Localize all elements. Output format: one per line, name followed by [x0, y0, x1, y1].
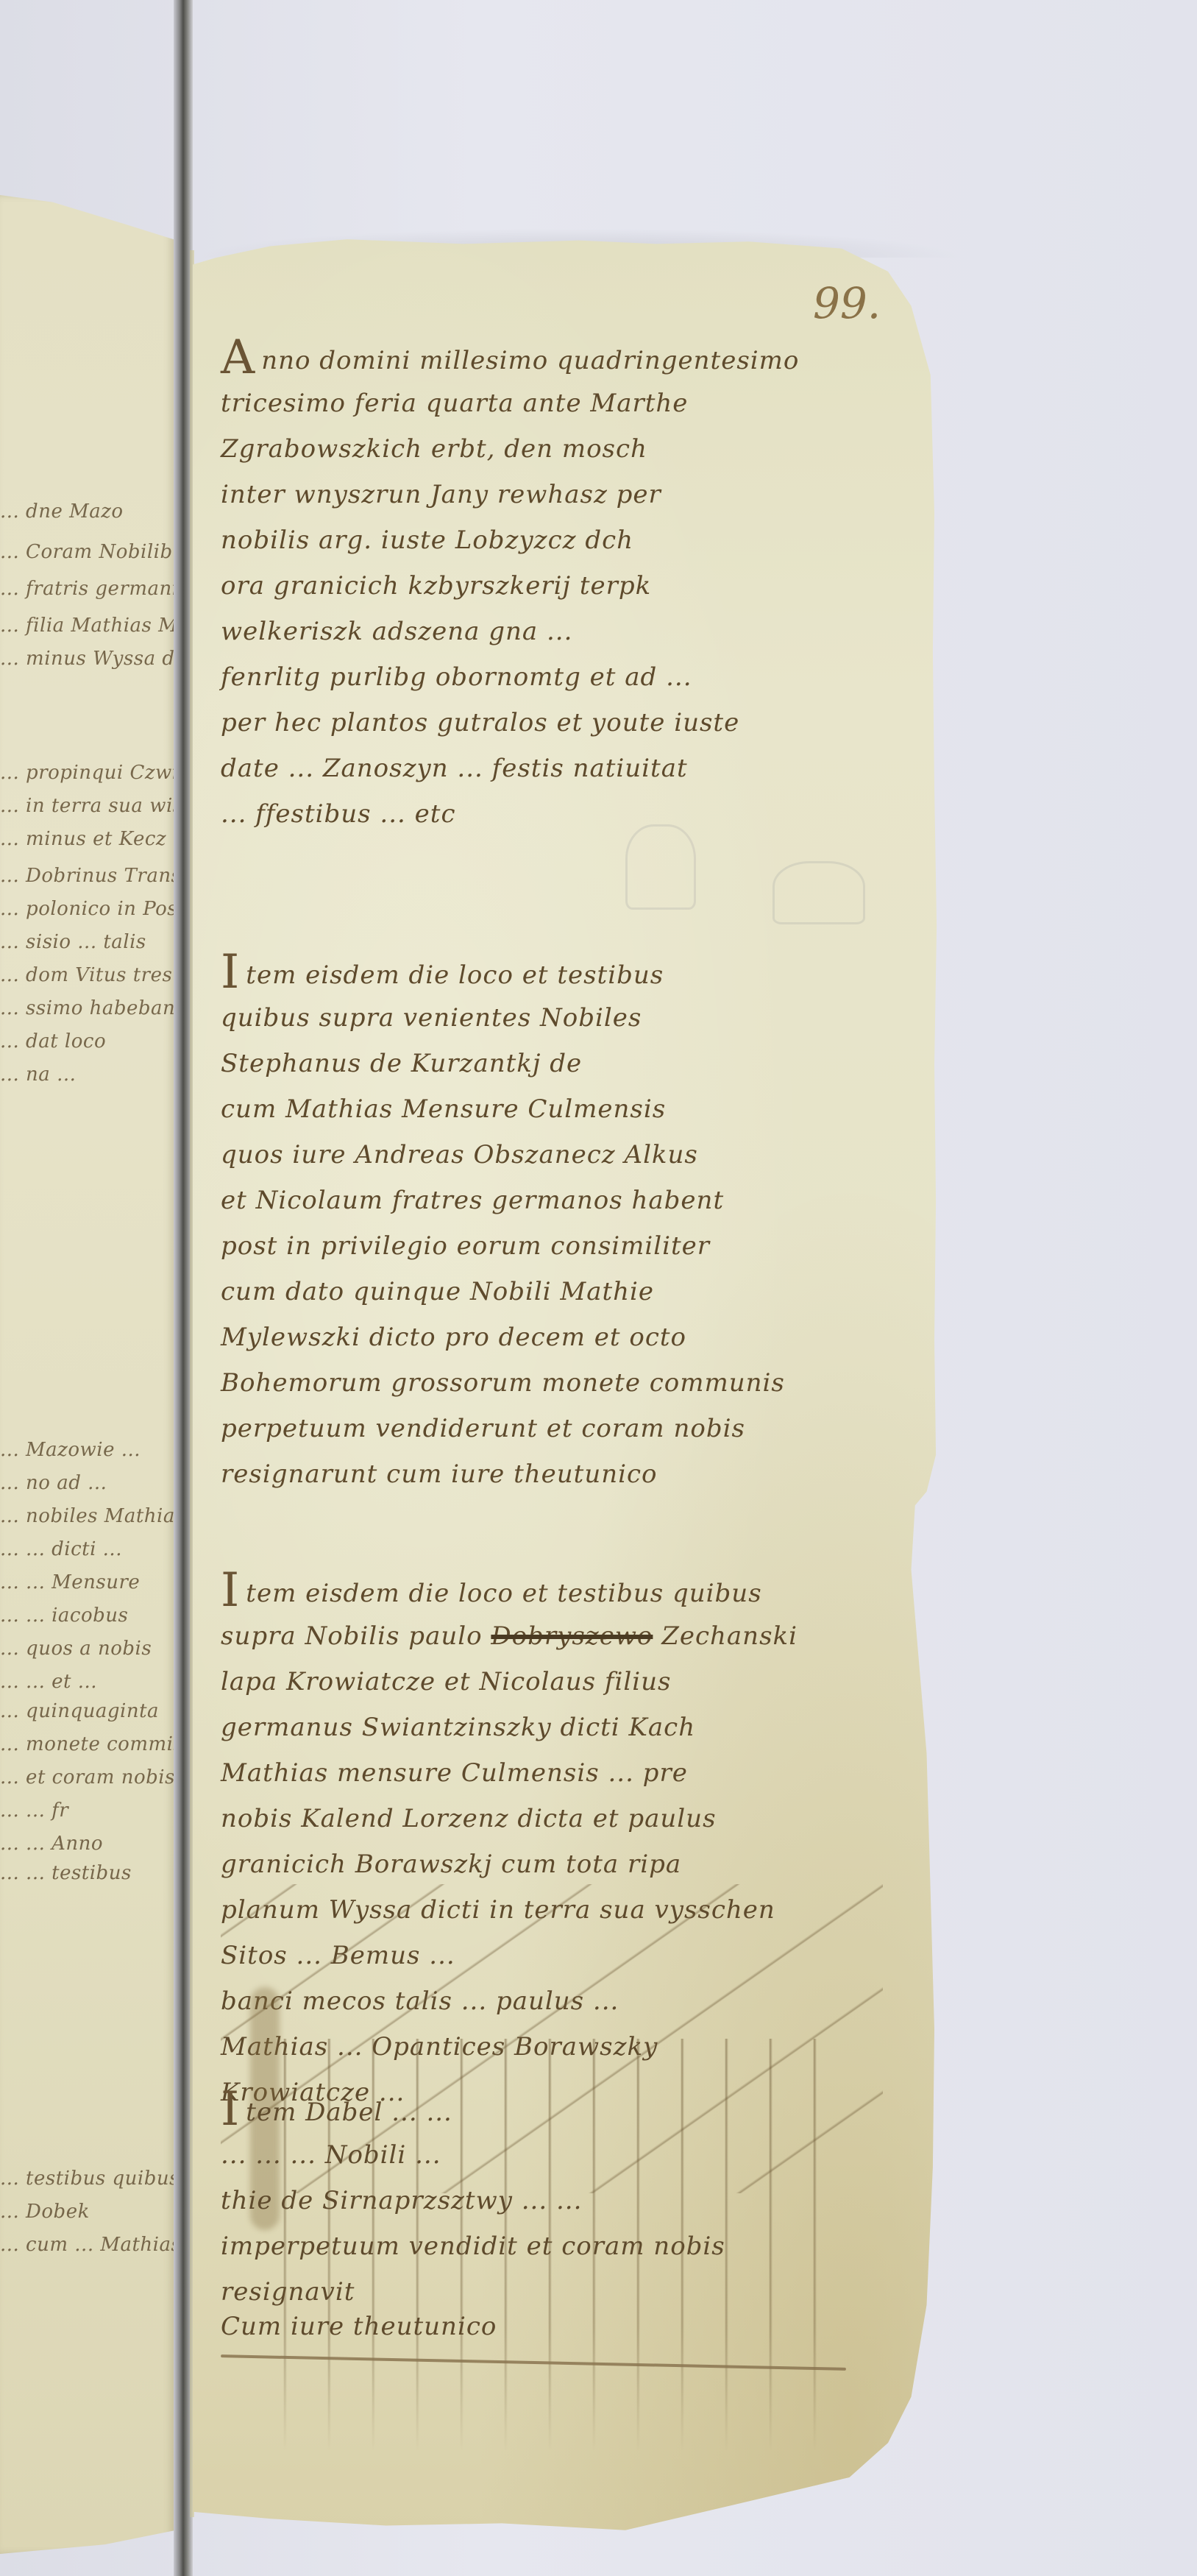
left-line: ... Coram Nobilibus	[0, 541, 196, 563]
left-line: ... minus et Kecz	[0, 828, 166, 850]
entry-line: tricesimo feria quarta ante Marthe	[221, 381, 942, 426]
left-line: ... ... Mensure	[0, 1571, 140, 1593]
left-line: ... sisio ... talis	[0, 931, 146, 953]
entry-line: granicich Borawszkj cum tota ripa	[221, 1841, 942, 1887]
entry-line: fenrlitg purlibg obornomtg et ad ...	[221, 654, 942, 700]
left-line: ... na ...	[0, 1064, 76, 1086]
left-line: ... ssimo habebant	[0, 997, 183, 1019]
left-line: ... dne Mazo	[0, 500, 124, 523]
entry-line: nobis Kalend Lorzenz dicta et paulus	[221, 1796, 942, 1841]
decorated-initial: I	[221, 2082, 240, 2137]
bleed-through-mark	[625, 824, 696, 910]
entry-line: inter wnyszrun Jany rewhasz per	[221, 472, 942, 517]
entry-line: Bohemorum grossorum monete communis	[221, 1360, 942, 1406]
entry-line: ... ffestibus ... etc	[221, 791, 942, 837]
closing-formula: Cum iure theutunico	[221, 2304, 942, 2349]
left-line: ... testibus quibus	[0, 2168, 180, 2190]
entry-line: quibus supra venientes Nobiles	[221, 995, 942, 1041]
entry-line: welkeriszk adszena gna ...	[221, 609, 942, 654]
entry-line: quos iure Andreas Obszanecz Alkus	[221, 1132, 942, 1178]
cancellation-vertical-strokes	[243, 2039, 846, 2451]
entry-line: et Nicolaum fratres germanos habent	[221, 1178, 942, 1223]
left-line: ... filia Mathias Me	[0, 615, 190, 637]
record-entry-2: Item eisdem die loco et testibus quibus …	[221, 949, 942, 1497]
entry-line: post in privilegio eorum consimiliter	[221, 1223, 942, 1269]
left-line: ... Dobek	[0, 2201, 90, 2223]
left-line: ... ... fr	[0, 1800, 68, 1822]
left-line: ... et coram nobis	[0, 1766, 175, 1788]
bleed-through-mark	[772, 861, 865, 924]
decorated-initial: I	[221, 945, 240, 999]
left-line: ... monete commis	[0, 1733, 183, 1755]
left-line: ... Mazowie ...	[0, 1439, 141, 1461]
entry-line: germanus Swiantzinszky dicti Kach	[221, 1705, 942, 1750]
entry-line: perpetuum vendiderunt et coram nobis	[221, 1406, 942, 1451]
left-line: ... cum ... Mathias	[0, 2234, 181, 2256]
left-line: ... Dobrinus Trans	[0, 865, 181, 887]
left-line: ... ... testibus	[0, 1862, 132, 1884]
left-line: ... no ad ...	[0, 1472, 107, 1494]
entry-line: Item eisdem die loco et testibus quibus	[221, 1568, 942, 1613]
left-line: ... quinquaginta	[0, 1700, 159, 1722]
entry-line: Stephanus de Kurzantkj de	[221, 1041, 942, 1086]
left-line: ... ... et ...	[0, 1671, 97, 1693]
entry-line: Anno domini millesimo quadringentesimo	[221, 335, 942, 381]
struck-word: Dobryszewo	[491, 1621, 653, 1651]
left-line: ... polonico in Pos	[0, 898, 177, 920]
left-line: ... ... dicti ...	[0, 1538, 122, 1560]
entry-line: Zgrabowszkich erbt, den mosch	[221, 426, 942, 472]
entry-line: ora granicich kzbyrszkerij terpk	[221, 563, 942, 609]
entry-line: Mylewszki dicto pro decem et octo	[221, 1314, 942, 1360]
left-page: ... dne Mazo ... Coram Nobilibus ... fra…	[0, 195, 175, 2554]
left-line: ... fratris germanis	[0, 578, 188, 600]
left-line: ... quos a nobis	[0, 1638, 152, 1660]
entry-line: cum Mathias Mensure Culmensis	[221, 1086, 942, 1132]
entry-line: per hec plantos gutralos et youte iuste	[221, 700, 942, 746]
record-entry-1: Anno domini millesimo quadringentesimo t…	[221, 335, 942, 837]
entry-line: lapa Krowiatcze et Nicolaus filius	[221, 1659, 942, 1705]
entry-line-with-deletion: supra Nobilis paulo Dobryszewo Zechanski	[221, 1613, 942, 1659]
entry-line: cum dato quinque Nobili Mathie	[221, 1269, 942, 1314]
left-line: ... nobiles Mathias	[0, 1505, 185, 1527]
left-line: ... ... Anno	[0, 1833, 103, 1855]
entry-line: Mathias mensure Culmensis ... pre	[221, 1750, 942, 1796]
closing-line: Cum iure theutunico	[221, 2304, 942, 2349]
entry-line: date ... Zanoszyn ... festis natiuitat	[221, 746, 942, 791]
entry-line: resignarunt cum iure theutunico	[221, 1451, 942, 1497]
left-line: ... dom Vitus tres	[0, 964, 172, 986]
folio-number: 99.	[813, 278, 881, 328]
left-line: ... in terra sua wiss	[0, 795, 193, 817]
entry-line: nobilis arg. iuste Lobzyzcz dch	[221, 517, 942, 563]
decorated-initial: A	[221, 330, 255, 385]
left-line: ... dat loco	[0, 1030, 106, 1052]
entry-line: Item eisdem die loco et testibus	[221, 949, 942, 995]
decorated-initial: I	[221, 1563, 240, 1618]
left-line: ... ... iacobus	[0, 1604, 128, 1627]
